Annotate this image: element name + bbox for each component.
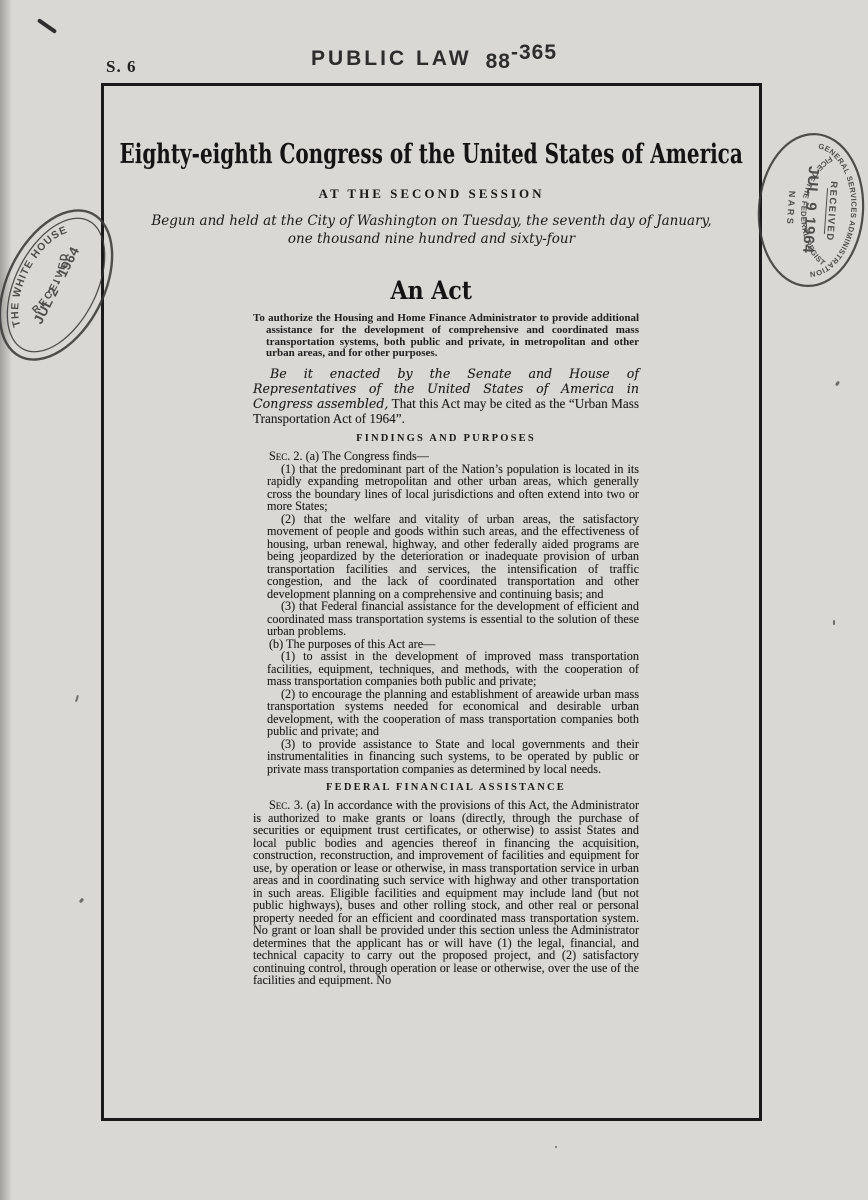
ink-speck — [79, 898, 85, 904]
act-sections: FINDINGS AND PURPOSESSec. 2. (a) The Con… — [253, 433, 639, 987]
act-paragraph: (2) that the welfare and vitality of urb… — [267, 513, 639, 601]
scan-edge-shadow — [0, 0, 12, 1200]
act-paragraph: Sec. 2. (a) The Congress finds— — [253, 450, 639, 463]
act-paragraph: (2) to encourage the planning and establ… — [267, 688, 639, 738]
ink-speck — [555, 1146, 557, 1148]
pen-mark — [37, 18, 57, 34]
act-heading-row: An Act — [104, 276, 759, 306]
congress-title: Eighty-eighth Congress of the United Sta… — [120, 140, 743, 170]
act-preamble: To authorize the Housing and Home Financ… — [253, 313, 639, 360]
document-frame: Eighty-eighth Congress of the United Sta… — [101, 83, 762, 1121]
convened-line-1: Begun and held at the City of Washington… — [104, 213, 759, 231]
convened-line-2: one thousand nine hundred and sixty-four — [104, 231, 759, 249]
act-paragraph: (3) to provide assistance to State and l… — [267, 738, 639, 776]
document-content: Eighty-eighth Congress of the United Sta… — [104, 86, 759, 987]
section-lead: Sec. — [269, 798, 290, 812]
section-heading: FINDINGS AND PURPOSES — [253, 433, 639, 444]
convened-lines: Begun and held at the City of Washington… — [104, 213, 759, 248]
act-paragraph: (1) to assist in the development of impr… — [267, 650, 639, 688]
section-heading: FEDERAL FINANCIAL ASSISTANCE — [253, 782, 639, 793]
act-paragraph: Sec. 3. (a) In accordance with the provi… — [253, 799, 639, 987]
gsa-stamp-graphic: GENERAL SERVICES ADMINISTRATION RECEIVED… — [750, 126, 868, 293]
ink-speck — [835, 381, 840, 387]
ink-speck — [75, 695, 79, 702]
gsa-received-stamp: GENERAL SERVICES ADMINISTRATION RECEIVED… — [750, 126, 868, 293]
act-paragraph: (3) that Federal financial assistance fo… — [267, 600, 639, 638]
scanned-document-page: S. 6 PUBLIC LAW88-365 Eighty-eighth Cong… — [0, 0, 868, 1200]
public-law-stamp: PUBLIC LAW88-365 — [0, 47, 868, 71]
gsa-stamp-agency: NARS — [785, 191, 797, 227]
text-column: To authorize the Housing and Home Financ… — [253, 313, 639, 987]
session-line: AT THE SECOND SESSION — [104, 186, 759, 202]
public-law-prefix: PUBLIC LAW — [311, 47, 472, 70]
ink-speck — [833, 620, 835, 625]
public-law-suffix: -365 — [511, 41, 557, 64]
congress-title-row: Eighty-eighth Congress of the United Sta… — [104, 140, 759, 170]
act-paragraph: (1) that the predominant part of the Nat… — [267, 463, 639, 513]
act-heading: An Act — [391, 276, 472, 306]
public-law-number: 88 — [486, 50, 511, 73]
enacting-clause: Be it enacted by the Senate and House of… — [253, 367, 639, 426]
